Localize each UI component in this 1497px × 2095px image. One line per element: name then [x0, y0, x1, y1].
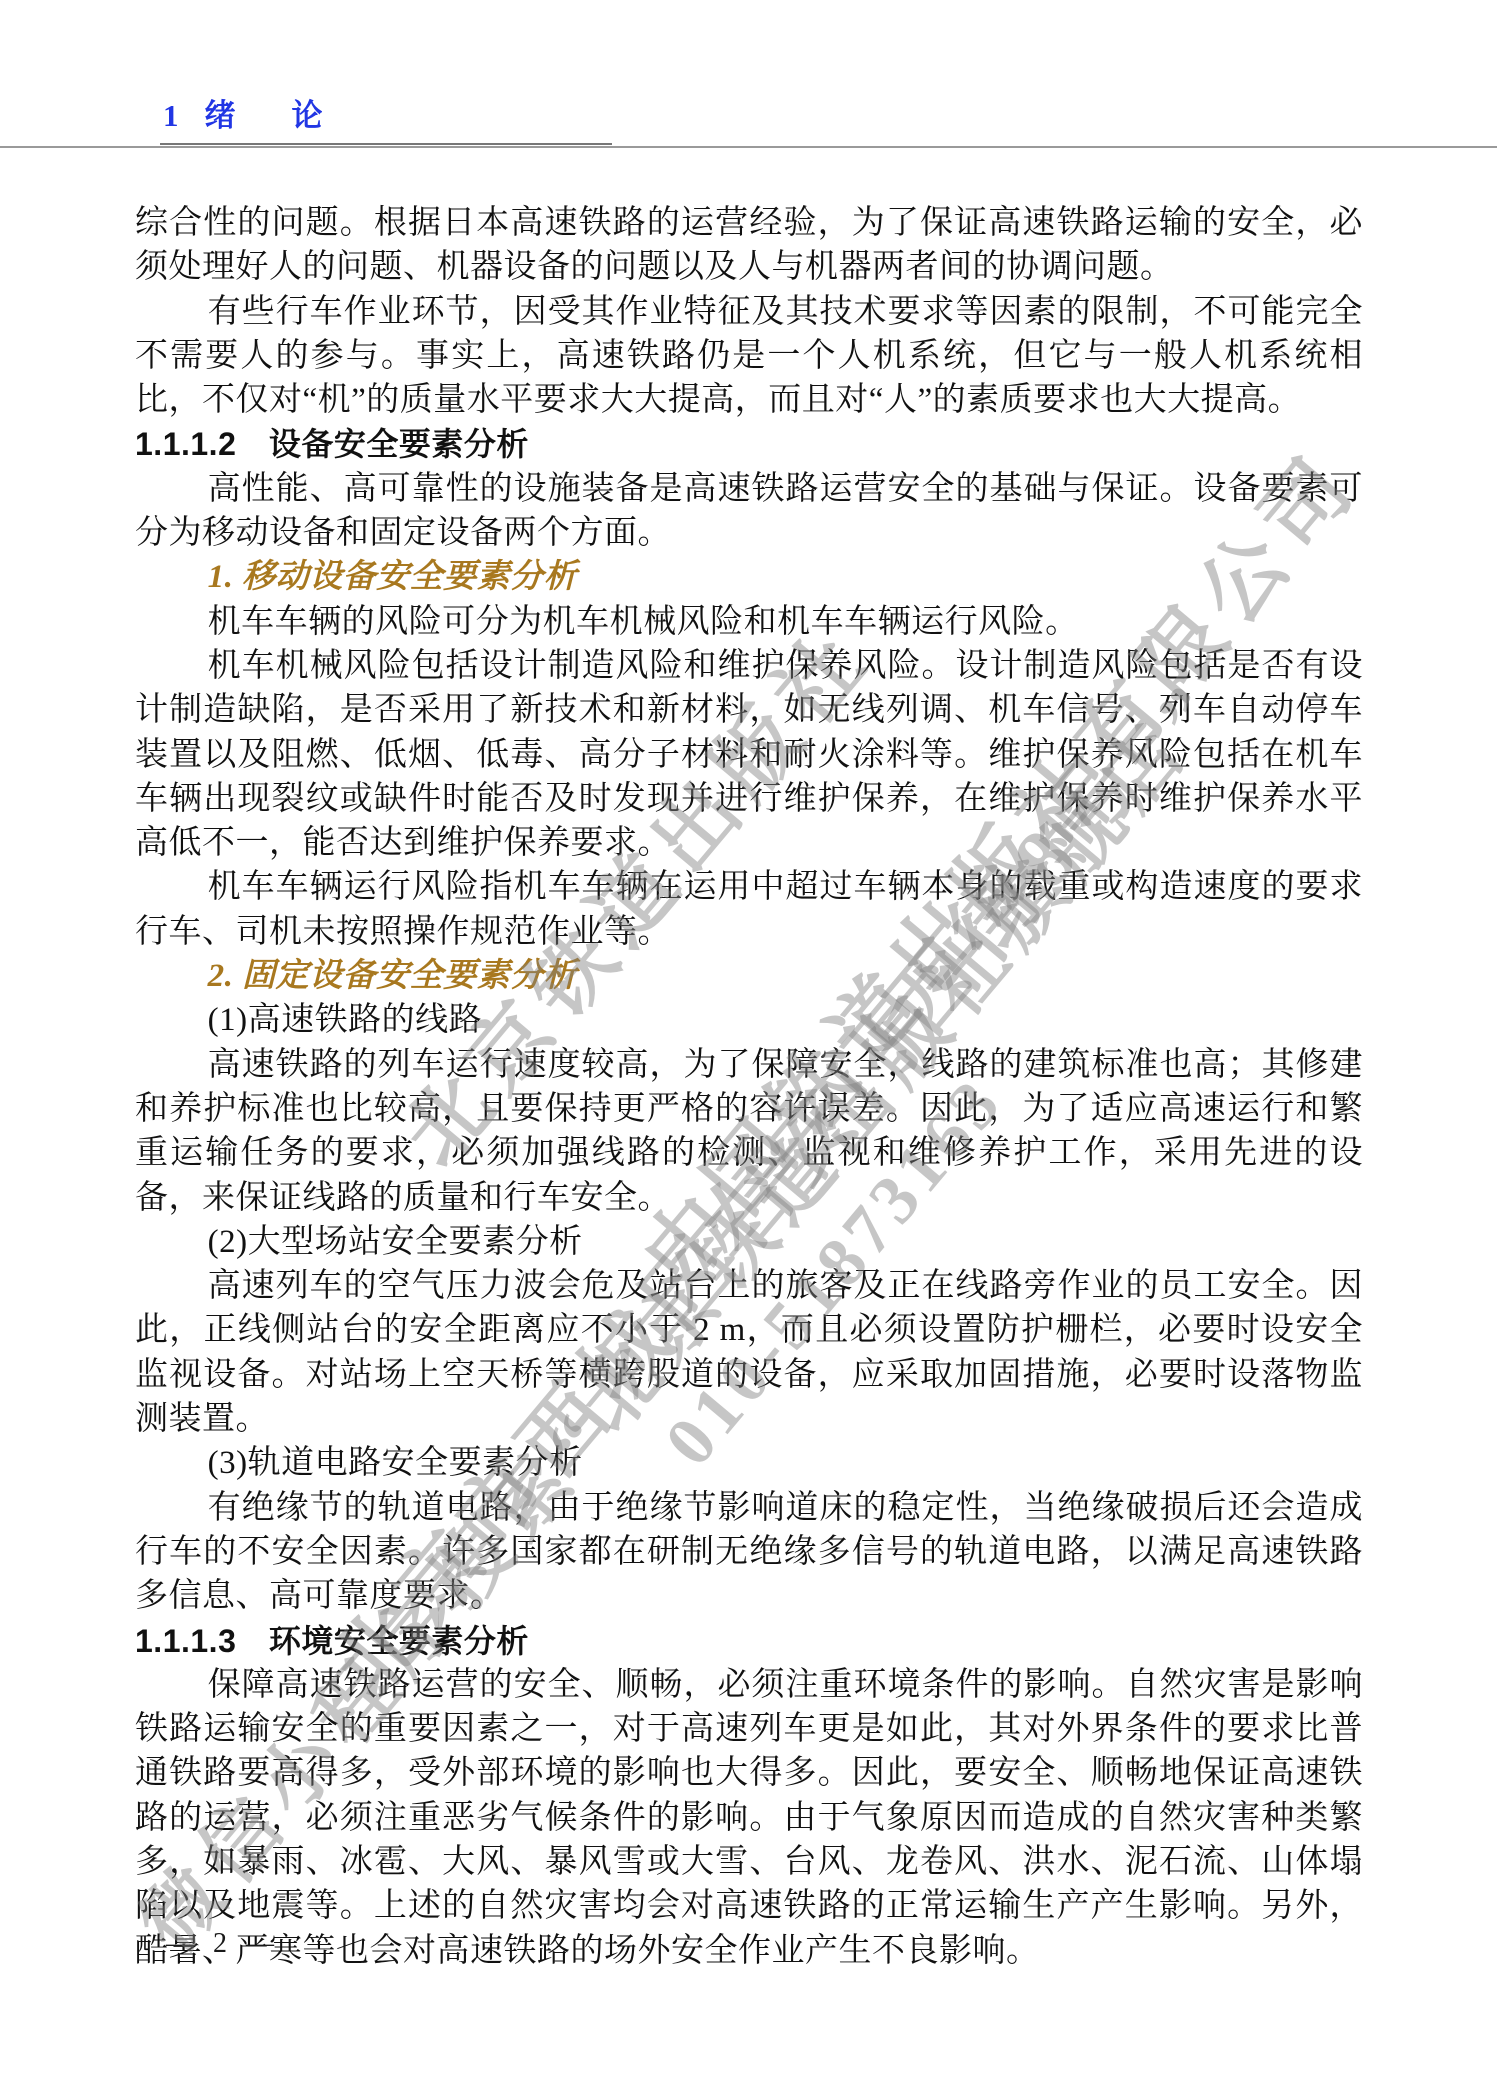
- chapter-title-char-1: 绪: [205, 100, 236, 131]
- header-rule-accent: [160, 143, 612, 145]
- section-heading: 1.1.1.2 设备安全要素分析: [135, 422, 1363, 466]
- list-item-heading: (2)大型场站安全要素分析: [135, 1220, 1363, 1264]
- paragraph: 有绝缘节的轨道电路，由于绝缘节影响道床的稳定性，当绝缘破损后还会造成行车的不安全…: [135, 1486, 1363, 1619]
- subsection-heading: 1. 移动设备安全要素分析: [135, 555, 1363, 599]
- subsection-heading: 2. 固定设备安全要素分析: [135, 954, 1363, 998]
- paragraph: 高速铁路的列车运行速度较高，为了保障安全，线路的建筑标准也高；其修建和养护标准也…: [135, 1043, 1363, 1220]
- chapter-running-head: 1 绪 论: [163, 100, 323, 131]
- paragraph: 高速列车的空气压力波会危及站台上的旅客及正在线路旁作业的员工安全。因此，正线侧站…: [135, 1264, 1363, 1441]
- paragraph: 保障高速铁路运营的安全、顺畅，必须注重环境条件的影响。自然灾害是影响铁路运输安全…: [135, 1663, 1363, 1973]
- list-item-heading: (1)高速铁路的线路: [135, 998, 1363, 1042]
- chapter-title-char-2: 论: [292, 100, 323, 131]
- paragraph: 综合性的问题。根据日本高速铁路的运营经验，为了保证高速铁路运输的安全，必须处理好…: [135, 201, 1363, 290]
- book-page: 1 绪 论 综合性的问题。根据日本高速铁路的运营经验，为了保证高速铁路运输的安全…: [0, 0, 1497, 2095]
- paragraph: 机车车辆运行风险指机车车辆在运用中超过车辆本身的载重或构造速度的要求行车、司机未…: [135, 865, 1363, 954]
- header-rule: [0, 146, 1497, 148]
- paragraph: 高性能、高可靠性的设施装备是高速铁路运营安全的基础与保证。设备要素可分为移动设备…: [135, 467, 1363, 556]
- list-item-heading: (3)轨道电路安全要素分析: [135, 1441, 1363, 1485]
- section-heading: 1.1.1.3 环境安全要素分析: [135, 1619, 1363, 1663]
- chapter-number: 1: [163, 100, 179, 131]
- body-text-column: 综合性的问题。根据日本高速铁路的运营经验，为了保证高速铁路运输的安全，必须处理好…: [135, 201, 1363, 1973]
- page-number: — 2 —: [166, 1928, 280, 1960]
- paragraph: 机车机械风险包括设计制造风险和维护保养风险。设计制造风险包括是否有设计制造缺陷，…: [135, 644, 1363, 865]
- paragraph: 机车车辆的风险可分为机车机械风险和机车车辆运行风险。: [135, 600, 1363, 644]
- paragraph: 有些行车作业环节，因受其作业特征及其技术要求等因素的限制，不可能完全不需要人的参…: [135, 290, 1363, 423]
